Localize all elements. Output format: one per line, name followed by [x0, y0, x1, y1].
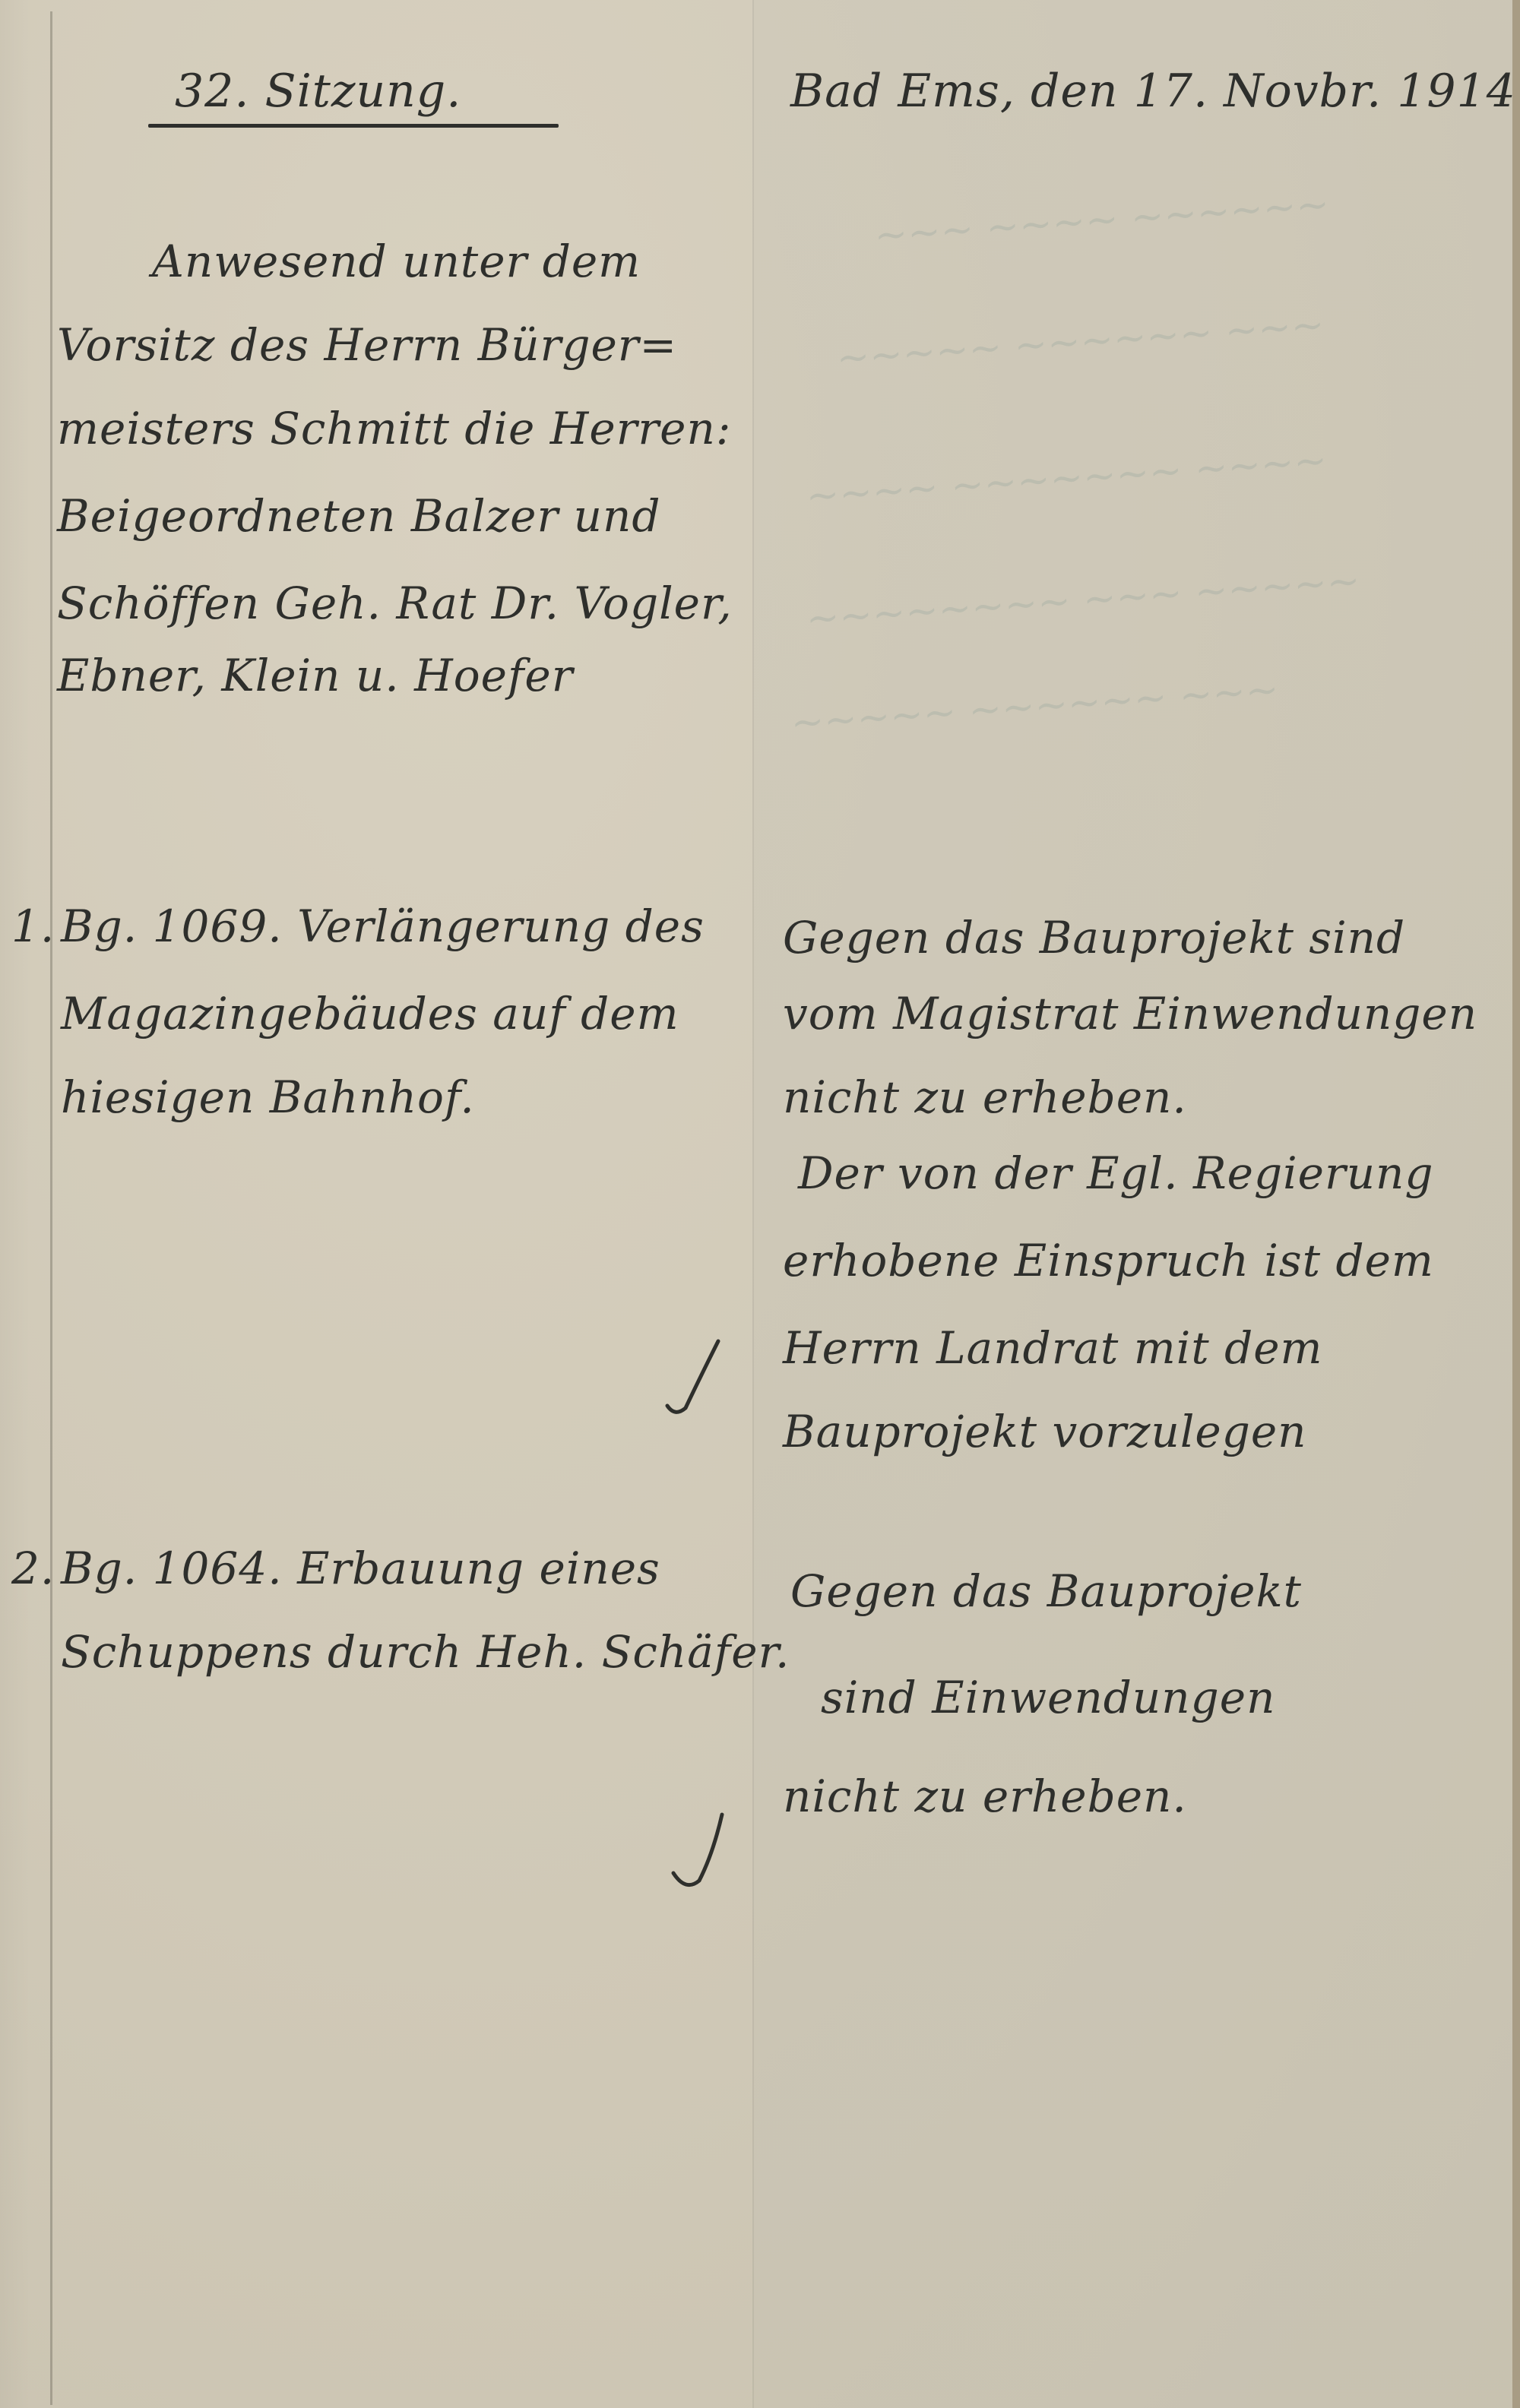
place-date: Bad Ems, den 17. Novbr. 1914.: [790, 65, 1520, 118]
item-2-decision-line: sind Einwendungen: [821, 1672, 1275, 1723]
item-2-number: 2.: [11, 1543, 55, 1594]
session-title: 32. Sitzung.: [175, 65, 461, 118]
attendance-line: Anwesend unter dem: [152, 236, 641, 287]
item-1-decision-line: Gegen das Bauprojekt sind: [783, 912, 1405, 964]
item-2-decision-line: Gegen das Bauprojekt: [790, 1565, 1302, 1617]
item-1-subject-line: Bg. 1069. Verlängerung des: [61, 900, 705, 952]
item-1-decision-line: erhobene Einspruch ist dem: [783, 1235, 1434, 1286]
checkmark-icon: [669, 1808, 730, 1900]
attendance-line: Vorsitz des Herrn Bürger=: [57, 319, 677, 371]
document-page: ~~~ ~~~~ ~~~~~~ ~~~~~ ~~~~~~ ~~~ ~~~~ ~~…: [0, 0, 1512, 2408]
attendance-line: Ebner, Klein u. Hoefer: [57, 650, 573, 701]
item-1-number: 1.: [11, 900, 55, 952]
checkmark-icon: [661, 1334, 722, 1425]
item-1-decision-line: Bauprojekt vorzulegen: [783, 1406, 1307, 1457]
binding-edge: [1512, 0, 1520, 2408]
item-2-subject-line: Schuppens durch Heh. Schäfer.: [61, 1626, 790, 1678]
item-1-subject-line: Magazingebäudes auf dem: [61, 988, 679, 1039]
item-1-decision-line: Herrn Landrat mit dem: [783, 1322, 1323, 1374]
page-fold: [752, 0, 754, 2408]
item-1-decision-line: nicht zu erheben.: [783, 1071, 1187, 1123]
item-2-decision-line: nicht zu erheben.: [783, 1770, 1187, 1822]
margin-rule: [50, 11, 52, 2405]
item-2-subject-line: Bg. 1064. Erbauung eines: [61, 1543, 660, 1594]
title-underline: [148, 124, 559, 128]
attendance-line: meisters Schmitt die Herren:: [57, 403, 731, 454]
attendance-line: Schöffen Geh. Rat Dr. Vogler,: [57, 577, 733, 629]
attendance-line: Beigeordneten Balzer und: [57, 490, 660, 542]
item-1-decision-line: vom Magistrat Einwendungen: [783, 988, 1477, 1039]
item-1-decision-line: Der von der Egl. Regierung: [798, 1147, 1434, 1199]
item-1-subject-line: hiesigen Bahnhof.: [61, 1071, 475, 1123]
